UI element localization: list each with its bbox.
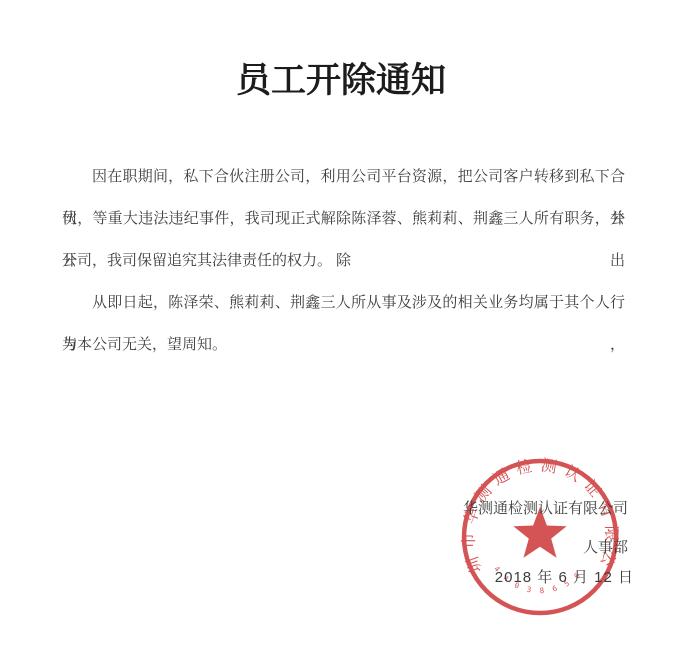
document-body: 因在职期间，私下合伙注册公司，利用公司平台资源，把公司客户转移到私下合伙公 司，… — [62, 156, 625, 366]
document-page: 员工开除通知 因在职期间，私下合伙注册公司，利用公司平台资源，把公司客户转移到私… — [0, 0, 682, 654]
signature-department: 人事部 — [463, 537, 628, 559]
document-title: 员工开除通知 — [0, 60, 682, 102]
body-line-4: 从即日起，陈泽荣、熊莉莉、荆鑫三人所从事及涉及的相关业务均属于其个人行为， — [62, 282, 625, 324]
signature-block: 华测通检测认证有限公司 人事部 2018 年 6 月 12 日 — [463, 498, 628, 589]
signature-company: 华测通检测认证有限公司 — [463, 498, 628, 520]
body-line-2: 司，等重大违法违纪事件，我司现正式解除陈泽蓉、熊莉莉、荆鑫三人所有职务，并开除出 — [62, 198, 625, 240]
body-line-1: 因在职期间，私下合伙注册公司，利用公司平台资源，把公司客户转移到私下合伙公 — [62, 156, 625, 198]
signature-date: 2018 年 6 月 12 日 — [463, 567, 634, 589]
